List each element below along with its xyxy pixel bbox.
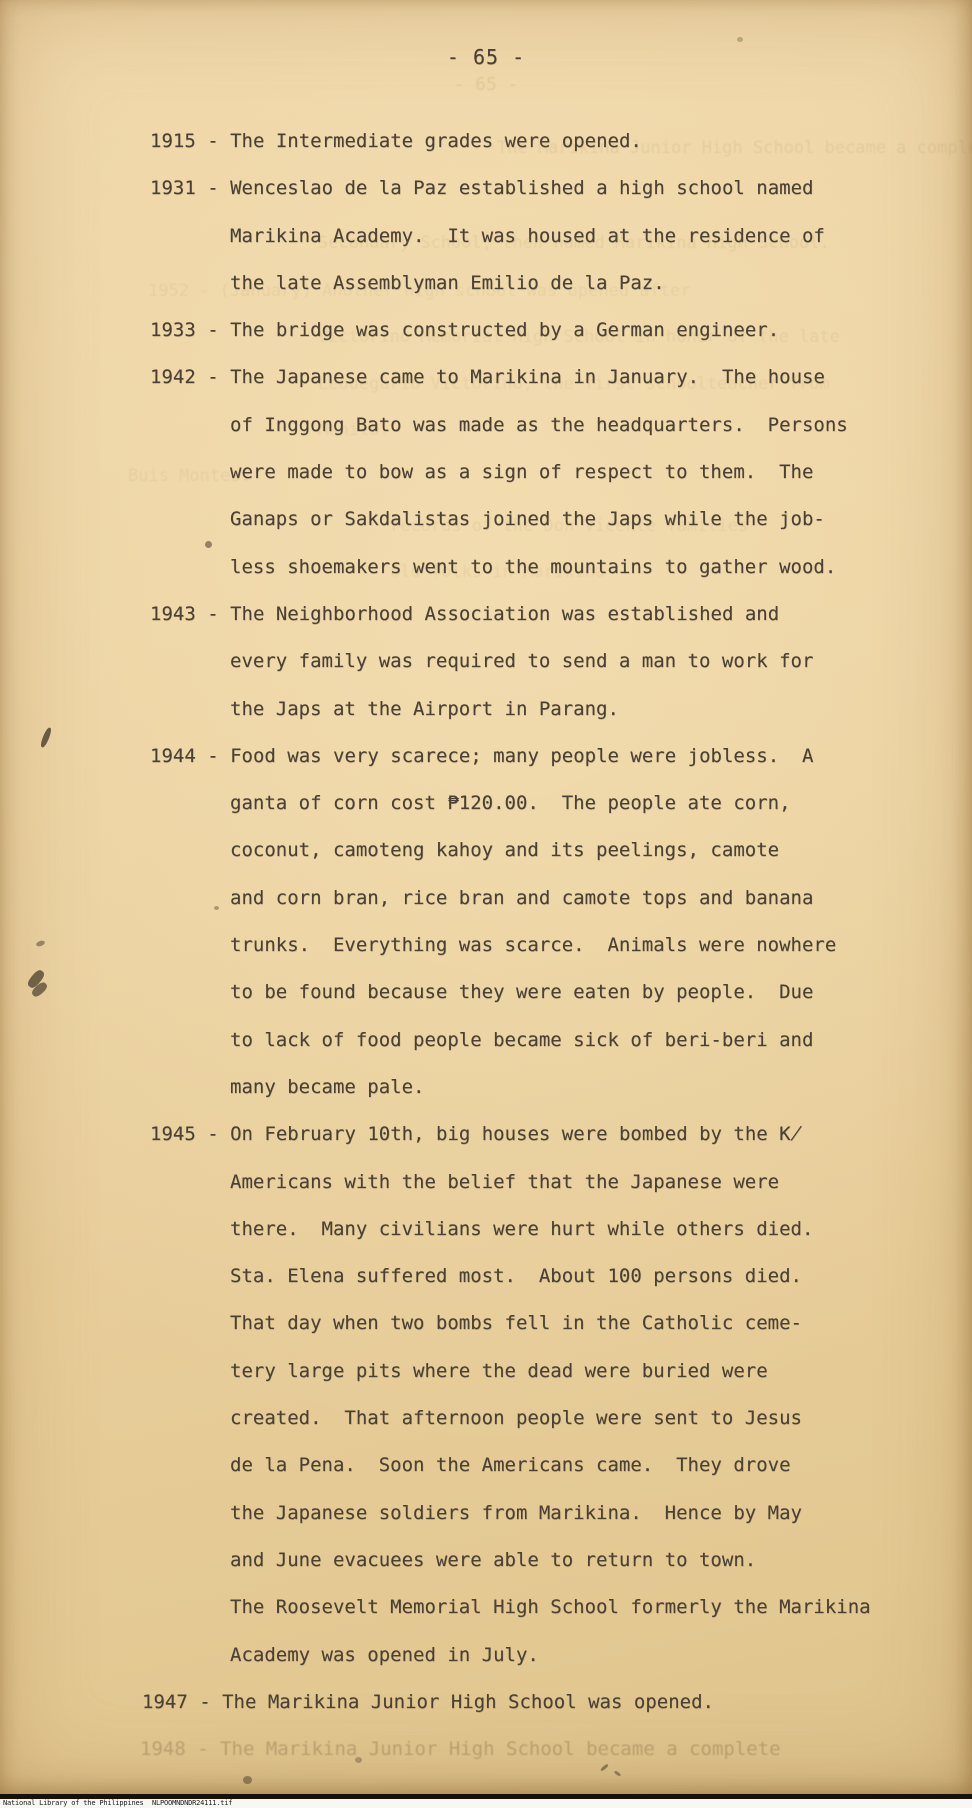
timeline-continuation-line: there. Many civilians were hurt while ot…: [150, 1206, 940, 1253]
timeline-continuation-line: the Japanese soldiers from Marikina. Hen…: [150, 1490, 940, 1537]
timeline-continuation-line: Marikina Academy. It was housed at the r…: [150, 213, 940, 260]
ink-mark: [243, 1776, 252, 1784]
ink-mark: [39, 727, 52, 749]
timeline-continuation-line: ganta of corn cost ₱120.00. The people a…: [150, 780, 940, 827]
timeline-continuation-line: to be found because they were eaten by p…: [150, 969, 940, 1016]
timeline-continuation-line: less shoemakers went to the mountains to…: [150, 544, 940, 591]
timeline-entry-line: 1945 - On February 10th, big houses were…: [150, 1111, 940, 1158]
page-number: - 65 -: [0, 45, 972, 69]
timeline-continuation-line: every family was required to send a man …: [150, 638, 940, 685]
timeline-continuation-line: de la Pena. Soon the Americans came. The…: [150, 1442, 940, 1489]
timeline-continuation-line: trunks. Everything was scarce. Animals w…: [150, 922, 940, 969]
timeline-continuation-line: were made to bow as a sign of respect to…: [150, 449, 940, 496]
timeline-continuation-line: Ganaps or Sakdalistas joined the Japs wh…: [150, 496, 940, 543]
timeline-continuation-line: That day when two bombs fell in the Cath…: [150, 1300, 940, 1347]
timeline-entry-line: 1947 - The Marikina Junior High School w…: [142, 1679, 940, 1726]
ink-mark: [26, 968, 47, 990]
library-name: National Library of the Philippines: [3, 1799, 144, 1808]
timeline-entry-line: 1943 - The Neighborhood Association was …: [150, 591, 940, 638]
timeline-continuation-line: Americans with the belief that the Japan…: [150, 1159, 940, 1206]
timeline-continuation-line: to lack of food people became sick of be…: [150, 1017, 940, 1064]
timeline-continuation-line: coconut, camoteng kahoy and its peelings…: [150, 827, 940, 874]
timeline-entry-line: 1933 - The bridge was constructed by a G…: [150, 307, 940, 354]
ink-mark: [30, 980, 49, 998]
timeline-entry-line: 1944 - Food was very scarece; many peopl…: [150, 733, 940, 780]
scan-filename: NLPOOMNDNDR24111.tif: [152, 1799, 232, 1808]
timeline-entry-line: 1948 - The Marikina Junior High School b…: [140, 1726, 940, 1773]
timeline-continuation-line: the late Assemblyman Emilio de la Paz.: [150, 260, 940, 307]
timeline-continuation-line: and corn bran, rice bran and camote tops…: [150, 875, 940, 922]
timeline: 1915 - The Intermediate grades were open…: [150, 118, 940, 1773]
timeline-continuation-line: Sta. Elena suffered most. About 100 pers…: [150, 1253, 940, 1300]
timeline-continuation-line: created. That afternoon people were sent…: [150, 1395, 940, 1442]
timeline-entry-line: 1942 - The Japanese came to Marikina in …: [150, 354, 940, 401]
timeline-continuation-line: tery large pits where the dead were buri…: [150, 1348, 940, 1395]
scan-footer: National Library of the Philippines NLPO…: [0, 1799, 972, 1808]
timeline-entry-line: 1915 - The Intermediate grades were open…: [150, 118, 940, 165]
timeline-continuation-line: the Japs at the Airport in Parang.: [150, 686, 940, 733]
timeline-continuation-line: and June evacuees were able to return to…: [150, 1537, 940, 1584]
page-number-bleed-through: - 65 -: [0, 74, 972, 95]
timeline-continuation-line: of Inggong Bato was made as the headquar…: [150, 402, 940, 449]
timeline-continuation-line: Academy was opened in July.: [150, 1632, 940, 1679]
timeline-continuation-line: The Roosevelt Memorial High School forme…: [150, 1584, 940, 1631]
timeline-continuation-line: many became pale.: [150, 1064, 940, 1111]
timeline-entry-line: 1931 - Wenceslao de la Paz established a…: [150, 165, 940, 212]
document-page: - 65 - - 65 - 1915 - The Intermediate gr…: [0, 0, 972, 1794]
ink-mark: [35, 940, 45, 948]
ink-mark: [737, 37, 743, 42]
